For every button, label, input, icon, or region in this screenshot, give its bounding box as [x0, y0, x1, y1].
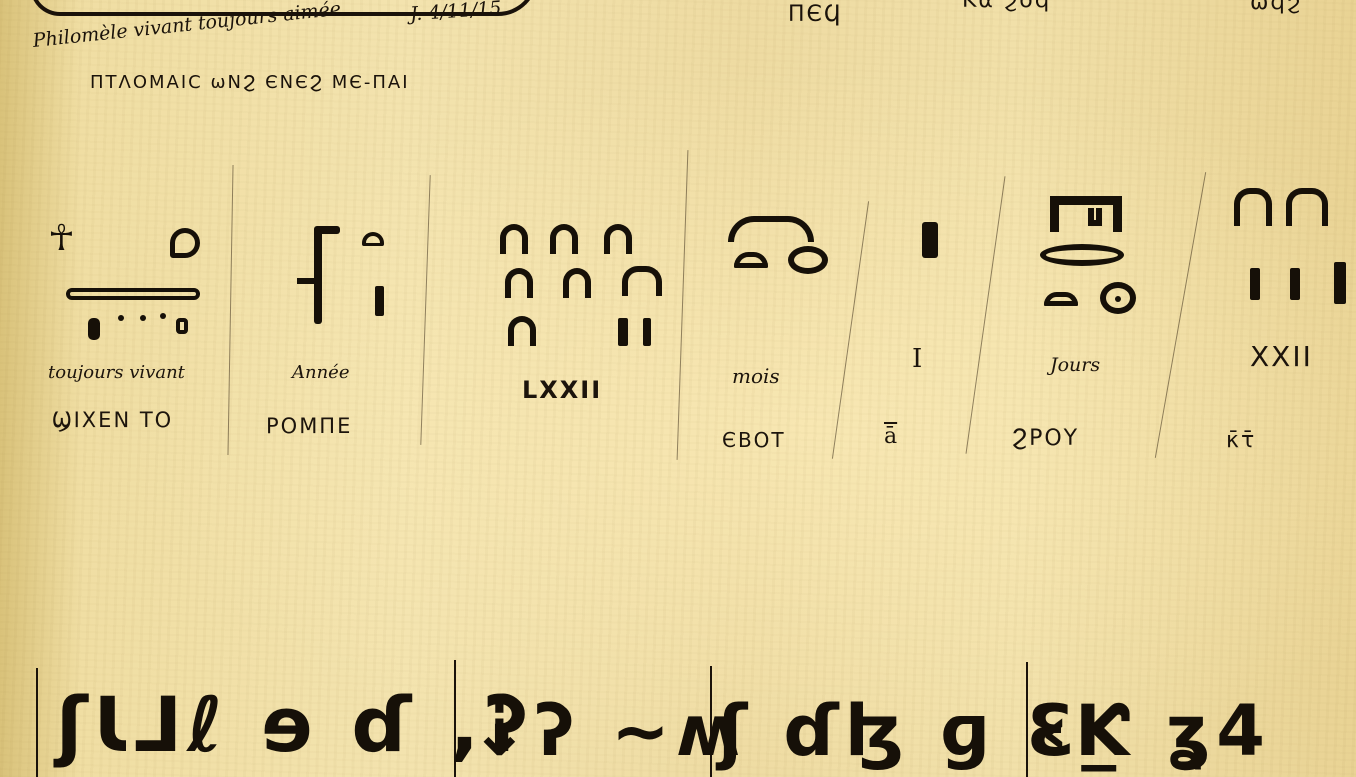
renpet-tick	[297, 278, 317, 284]
coptic-label: ЄΒΟΤ	[722, 428, 786, 452]
coptic-header-line: ПТΛΟМАІС ωΝϨ ЄΝЄϨ ΜЄ-ΠΑΙ	[90, 72, 410, 93]
coptic-top-right-3: ωϥϩ	[1250, 0, 1302, 15]
coptic-label: ΡΟΜΠΕ	[266, 414, 352, 438]
glyph-stroke	[375, 286, 384, 316]
ten-sign-icon	[500, 224, 528, 254]
bread-loaf-icon	[734, 252, 768, 268]
ten-sign-icon	[1234, 188, 1272, 226]
unit-stroke-icon	[618, 318, 628, 346]
coptic-label: ϨΡΟΥ	[1012, 426, 1079, 451]
coptic-label: κ̄τ̄	[1226, 428, 1256, 453]
ten-sign-icon	[508, 316, 536, 346]
coptic-label: ϢΙΧΕΝ ΤΟ	[52, 408, 173, 432]
sun-disk-dot	[1115, 296, 1121, 302]
coptic-top-right-1: ΠЄϤ	[788, 2, 843, 27]
french-label: Année	[292, 362, 350, 383]
oval-mouth-icon	[1040, 244, 1124, 266]
glyph-stroke	[88, 318, 100, 340]
unit-stroke-icon	[1290, 268, 1300, 300]
ten-sign-icon	[505, 268, 533, 298]
row-divider	[36, 668, 38, 777]
paper-texture	[0, 0, 1356, 777]
french-label: toujours vivant	[48, 362, 185, 383]
glyph-box	[176, 318, 188, 334]
column-rule	[227, 165, 233, 455]
moon-crescent-icon	[728, 216, 814, 242]
renpet-stroke-icon	[314, 228, 322, 324]
column-rule	[1155, 172, 1206, 458]
renpet-hook	[314, 226, 340, 234]
ten-sign-icon	[563, 268, 591, 298]
roman-numeral-label: I	[912, 344, 922, 374]
column-rule	[966, 176, 1006, 453]
ankh-icon: ☥	[48, 218, 75, 259]
bread-loaf-icon	[362, 232, 384, 246]
hieratic-group-1-icon: ʃƖ⅃ℓ ɘ ɗ ,ʔ	[56, 680, 534, 769]
roman-numeral-label: LXXII	[522, 376, 602, 404]
glyph-dot	[160, 313, 166, 319]
french-label: Jours	[1050, 354, 1100, 376]
coptic-top-right-2: Κα ϩοϥ	[962, 0, 1051, 13]
circle-icon	[788, 246, 828, 274]
courtyard-sign-icon	[1050, 196, 1122, 232]
ten-sign-icon	[550, 224, 578, 254]
ten-sign-icon	[604, 224, 632, 254]
roman-numeral-label: XXII	[1250, 340, 1313, 373]
french-date: J. 4/11/15.	[409, 0, 508, 25]
column-rule	[420, 175, 430, 445]
coil-icon	[170, 228, 200, 258]
unit-stroke-icon	[1334, 262, 1346, 304]
coptic-label: ā	[884, 424, 897, 449]
hieratic-group-4-icon: ‹Ƙ ʓ4	[1040, 690, 1271, 772]
djet-bar-icon	[66, 288, 200, 300]
french-label: mois	[732, 364, 780, 388]
ten-sign-icon	[1286, 188, 1328, 226]
glyph-dot	[140, 315, 146, 321]
glyph-dot	[118, 315, 124, 321]
single-stroke-icon	[922, 222, 938, 258]
column-rule	[677, 150, 689, 460]
column-rule	[832, 201, 869, 459]
unit-stroke-icon	[643, 318, 651, 346]
courtyard-inner	[1088, 208, 1102, 226]
hieratic-group-2-icon: ⇣ʔ ~ʍ	[470, 690, 746, 772]
ten-sign-icon	[622, 266, 662, 296]
bread-loaf-icon	[1044, 292, 1078, 306]
unit-stroke-icon	[1250, 268, 1260, 300]
